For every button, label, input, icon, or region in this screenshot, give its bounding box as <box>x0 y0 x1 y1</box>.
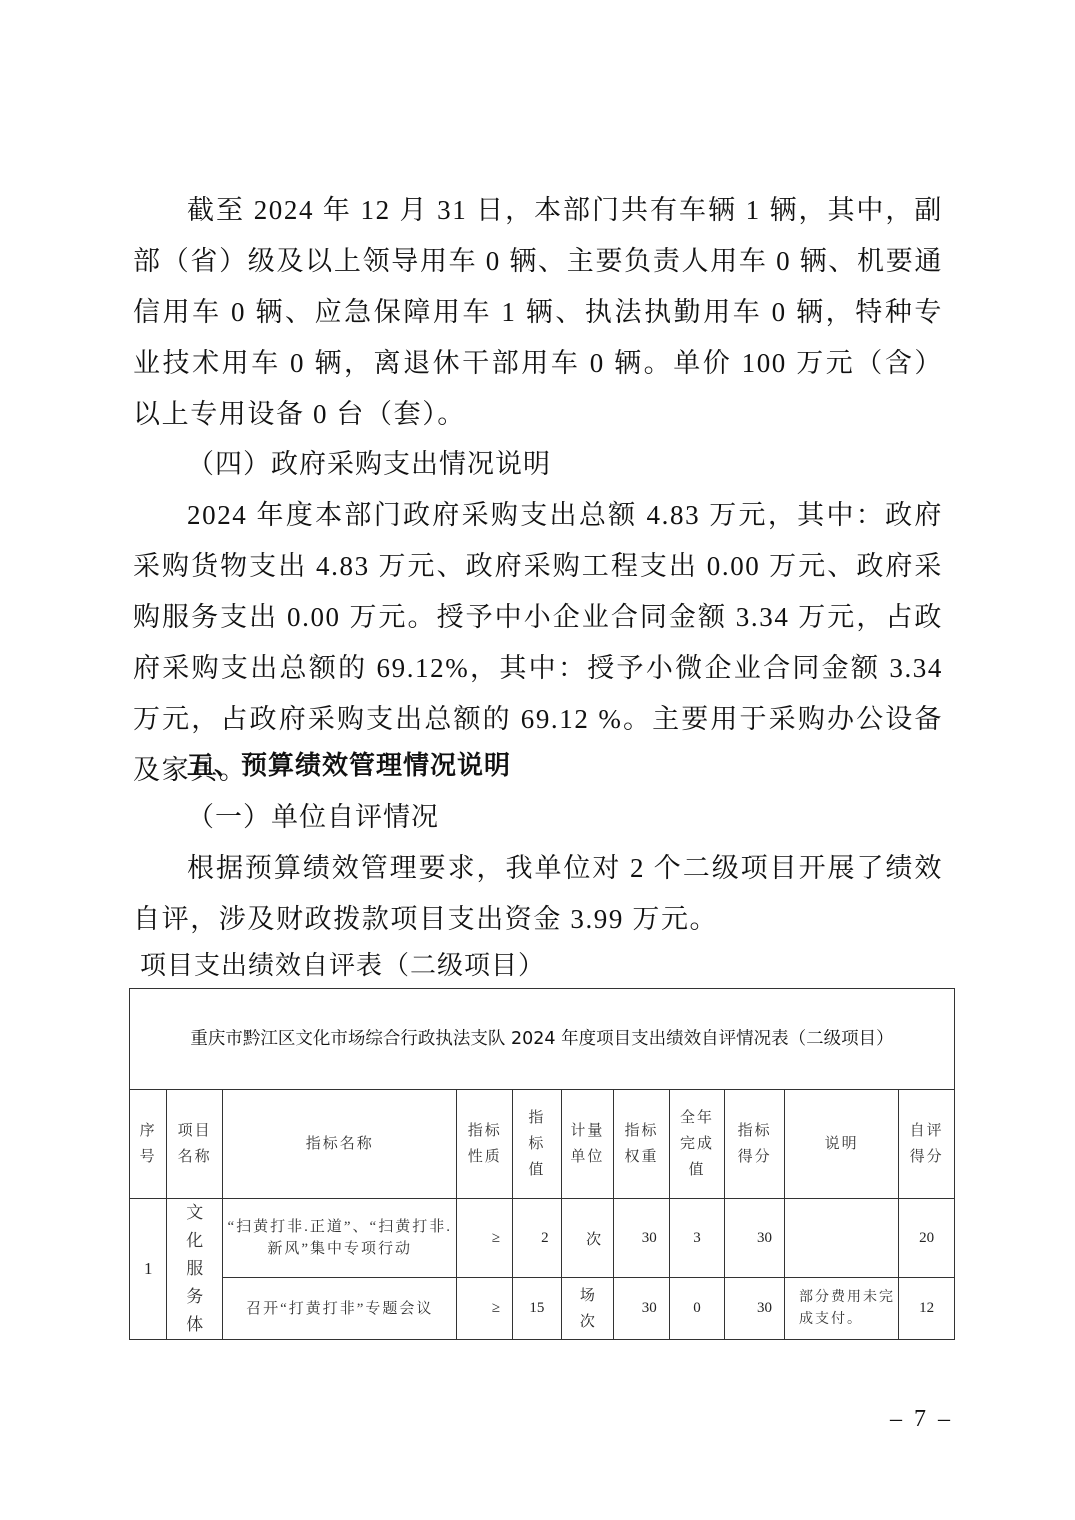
table-row: 1 文化服务体 “扫黄打非.正道”、“扫黄打非.新风”集中专项行动 ≥ 2 次 … <box>130 1199 955 1278</box>
header-project-name: 项目名称 <box>167 1090 223 1199</box>
table-title: 重庆市黔江区文化市场综合行政执法支队 2024 年度项目支出绩效自评情况表（二级… <box>130 989 955 1090</box>
performance-eval-table: 重庆市黔江区文化市场综合行政执法支队 2024 年度项目支出绩效自评情况表（二级… <box>129 988 955 1340</box>
header-weight: 指标权重 <box>614 1090 670 1199</box>
header-seq: 序号 <box>130 1090 167 1199</box>
header-indicator-value: 指标值 <box>513 1090 562 1199</box>
cell-nature: ≥ <box>457 1199 513 1278</box>
procurement-heading: （四）政府采购支出情况说明 <box>187 439 551 490</box>
header-unit: 计量单位 <box>561 1090 614 1199</box>
cell-unit: 场次 <box>561 1278 614 1340</box>
self-eval-heading: （一）单位自评情况 <box>187 792 439 843</box>
cell-indicator-score: 30 <box>725 1278 785 1340</box>
page-number: – 7 – <box>890 1406 953 1433</box>
cell-project-name: 文化服务体 <box>167 1199 223 1340</box>
cell-note <box>784 1199 898 1278</box>
cell-seq: 1 <box>130 1199 167 1340</box>
cell-self-score: 12 <box>899 1278 955 1340</box>
header-indicator-score: 指标得分 <box>725 1090 785 1199</box>
cell-weight: 30 <box>614 1199 670 1278</box>
document-page: 截至 2024 年 12 月 31 日，本部门共有车辆 1 辆，其中，副部（省）… <box>0 0 1075 1520</box>
header-indicator-nature: 指标性质 <box>457 1090 513 1199</box>
cell-weight: 30 <box>614 1278 670 1340</box>
cell-target: 15 <box>513 1278 562 1340</box>
header-note: 说明 <box>784 1090 898 1199</box>
cell-nature: ≥ <box>457 1278 513 1340</box>
cell-indicator-score: 30 <box>725 1199 785 1278</box>
table-caption: 项目支出绩效自评表（二级项目） <box>140 946 545 986</box>
table-header-row: 序号 项目名称 指标名称 指标性质 指标值 计量单位 指标权重 全年完成值 指标… <box>130 1090 955 1199</box>
cell-self-score: 20 <box>899 1199 955 1278</box>
vehicles-paragraph: 截至 2024 年 12 月 31 日，本部门共有车辆 1 辆，其中，副部（省）… <box>133 185 943 440</box>
cell-unit: 次 <box>561 1199 614 1278</box>
header-annual-actual: 全年完成值 <box>669 1090 725 1199</box>
cell-indicator-name: 召开“打黄打非”专题会议 <box>222 1278 457 1340</box>
cell-indicator-name: “扫黄打非.正道”、“扫黄打非.新风”集中专项行动 <box>222 1199 457 1278</box>
cell-target: 2 <box>513 1199 562 1278</box>
header-indicator-name: 指标名称 <box>222 1090 457 1199</box>
table-row: 召开“打黄打非”专题会议 ≥ 15 场次 30 0 30 部分费用未完成支付。 … <box>130 1278 955 1340</box>
cell-actual: 0 <box>669 1278 725 1340</box>
self-eval-paragraph: 根据预算绩效管理要求，我单位对 2 个二级项目开展了绩效自评，涉及财政拨款项目支… <box>133 843 943 945</box>
cell-note: 部分费用未完成支付。 <box>784 1278 898 1340</box>
section5-heading: 五、预算绩效管理情况说明 <box>187 741 511 792</box>
header-self-score: 自评得分 <box>899 1090 955 1199</box>
cell-actual: 3 <box>669 1199 725 1278</box>
